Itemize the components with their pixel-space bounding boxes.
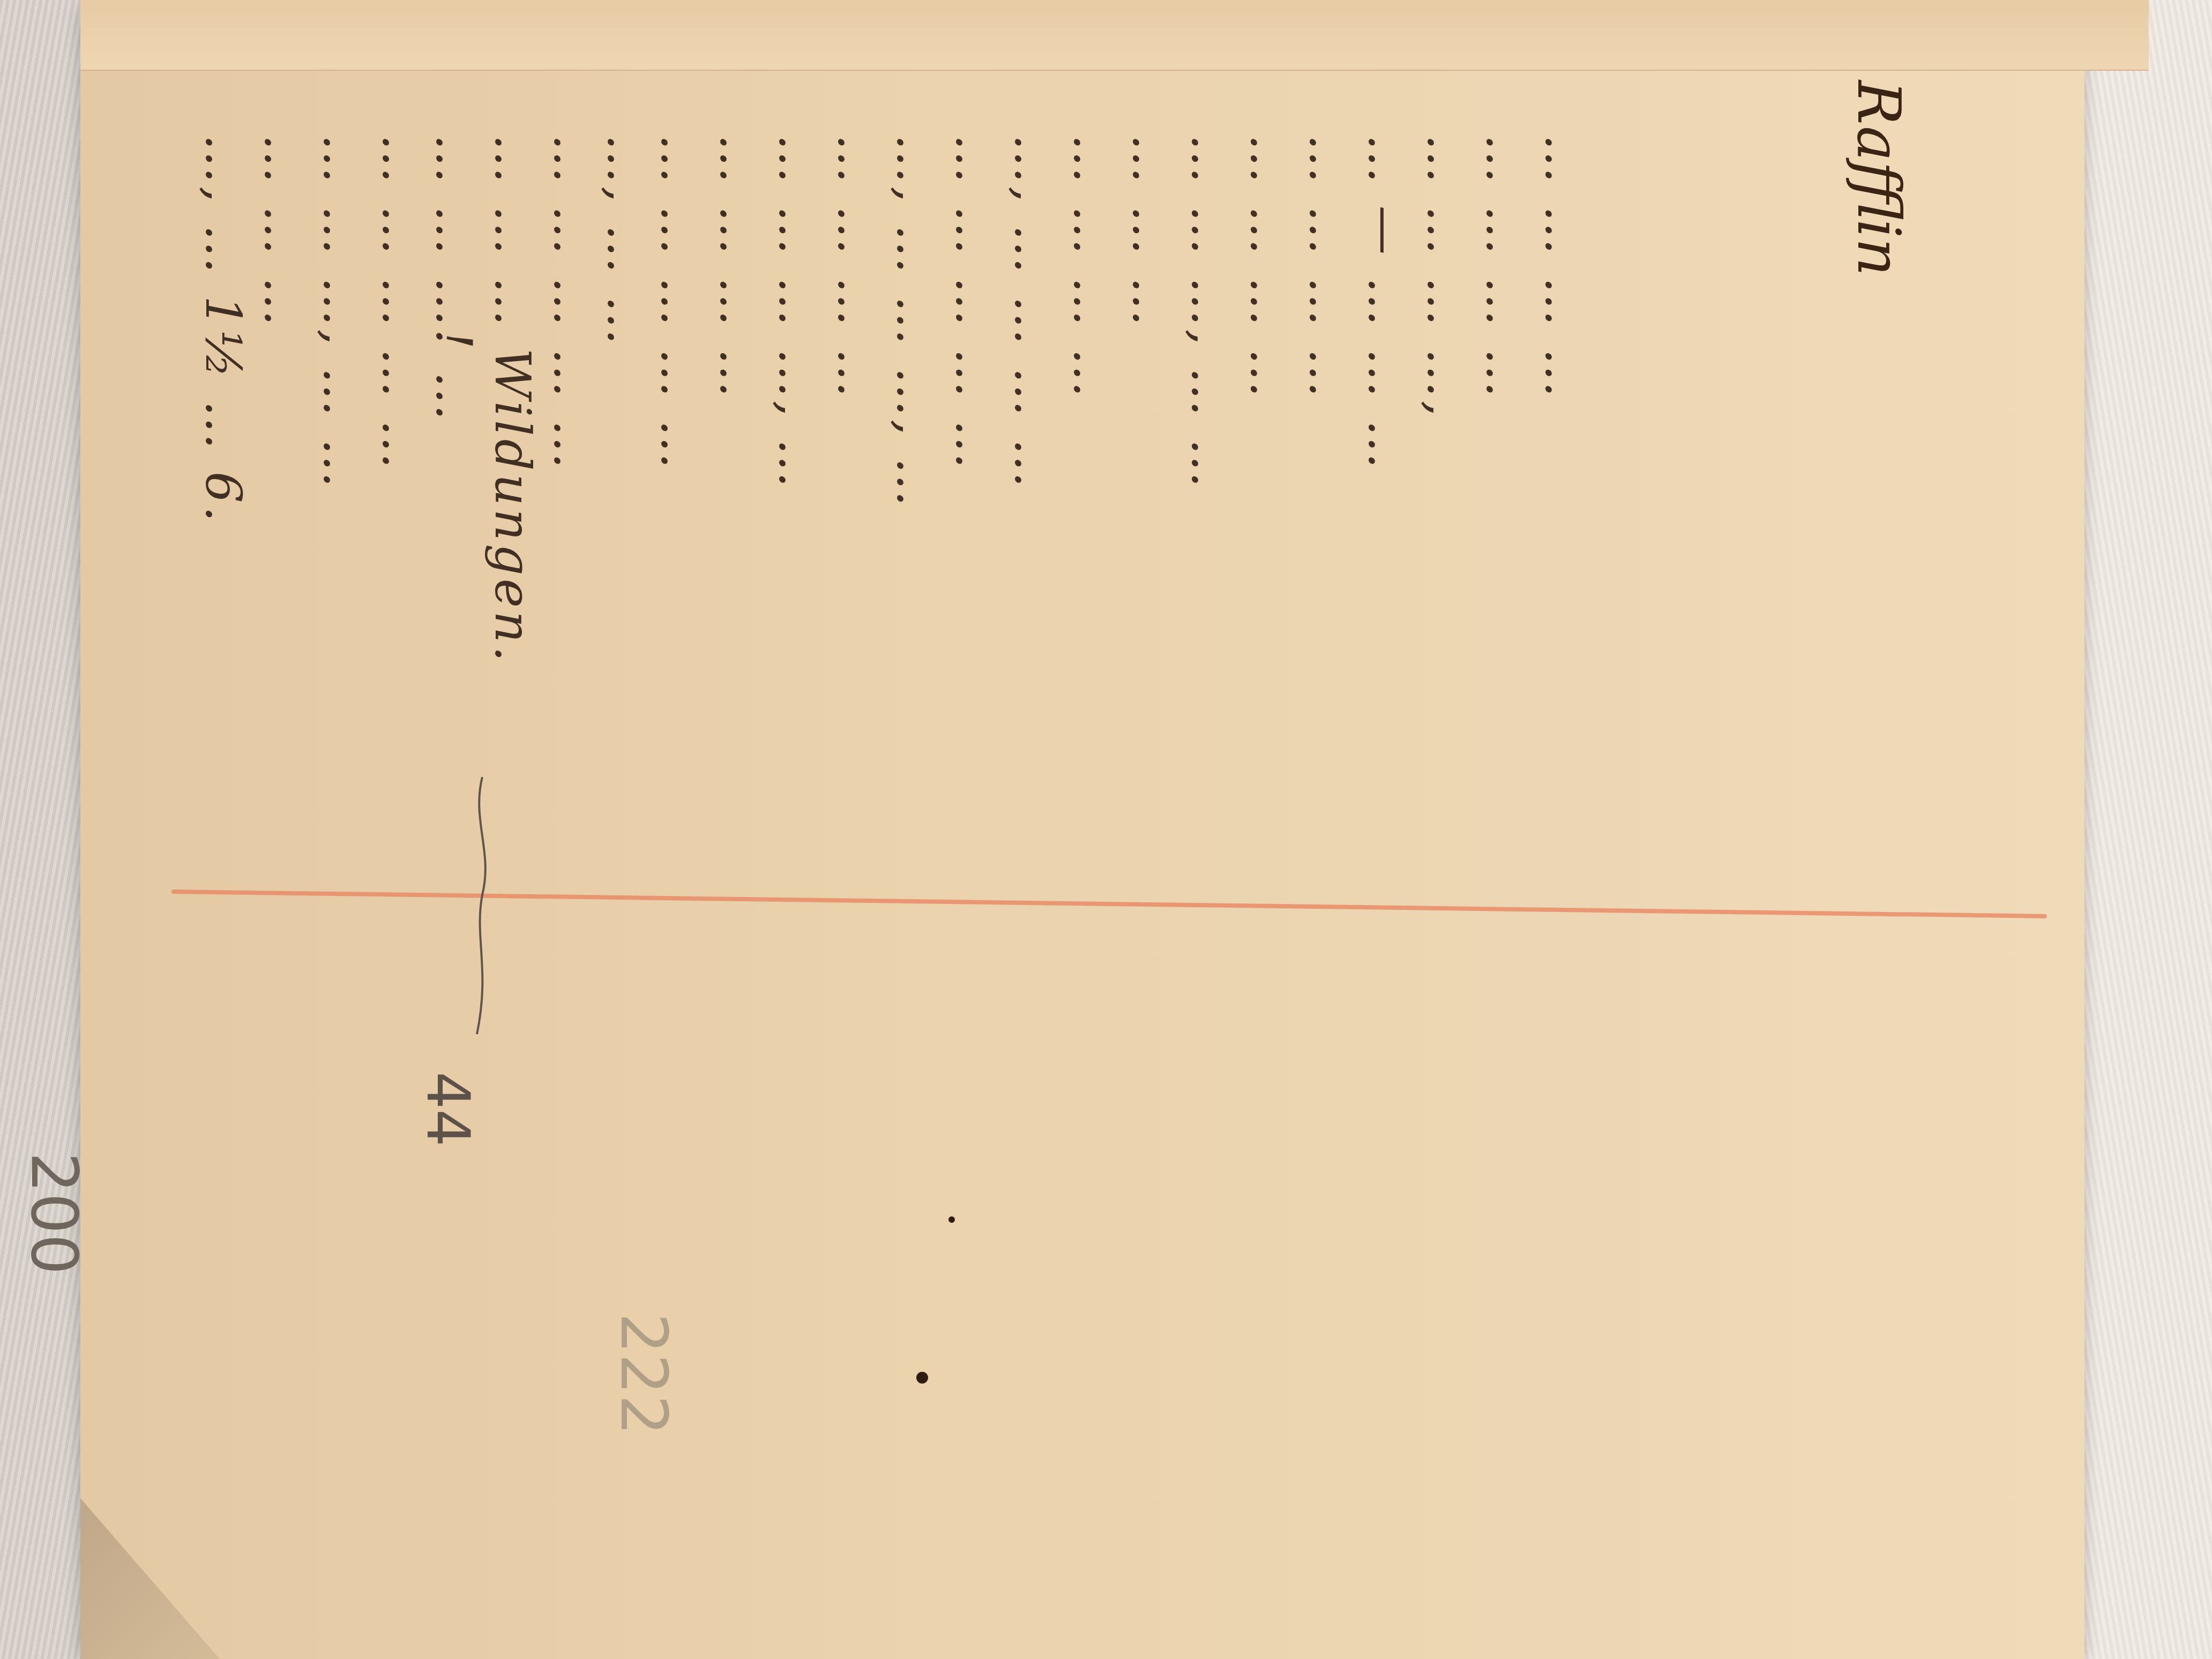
- page-fold: [80, 0, 2149, 71]
- ink-spot: [916, 1372, 928, 1384]
- text-line: … … … …: [1239, 134, 1297, 401]
- text-line: … … … …: [1298, 134, 1356, 401]
- text-line: … … … … …: [945, 134, 1002, 472]
- text-line: … … … …,: [1416, 134, 1474, 420]
- text-line: … … … Wildungen.: [484, 134, 541, 665]
- text-line: …, … 1½ … 6.: [195, 134, 252, 525]
- pencil-bracket-mark: [466, 777, 498, 1034]
- text-line: … … … … …: [543, 134, 600, 472]
- text-line: …, … … … …: [1004, 134, 1061, 491]
- text-line: … … … …: [709, 134, 766, 401]
- text-line: … … … …: [1475, 134, 1533, 401]
- text-line: … … …! …: [425, 134, 482, 424]
- text-line: … … …, … …: [312, 134, 370, 491]
- text-line: … … …: [253, 134, 311, 330]
- text-line: … … … …: [1534, 134, 1591, 401]
- pencil-folio-number: 44: [414, 1072, 482, 1147]
- background-fabric-right: [2073, 0, 2212, 1659]
- text-line: … … … …: [827, 134, 884, 401]
- text-line: … … …, … …: [1180, 134, 1238, 491]
- text-line: … … …: [1122, 134, 1179, 330]
- text-line: … … … … …: [650, 134, 707, 472]
- text-line: …, … … …, …: [886, 134, 943, 510]
- signature: Rafflin: [1844, 80, 1913, 276]
- text-line: … … … …, …: [768, 134, 825, 491]
- text-line: …, … …: [596, 134, 654, 348]
- pencil-page-number: 200: [17, 1152, 91, 1275]
- pencil-faint-number: 222: [606, 1313, 681, 1436]
- ink-spot: [948, 1216, 955, 1223]
- text-line: … — … … …: [1357, 134, 1415, 472]
- text-line: … … … … …: [371, 134, 429, 472]
- text-line: … … … …: [1063, 134, 1120, 401]
